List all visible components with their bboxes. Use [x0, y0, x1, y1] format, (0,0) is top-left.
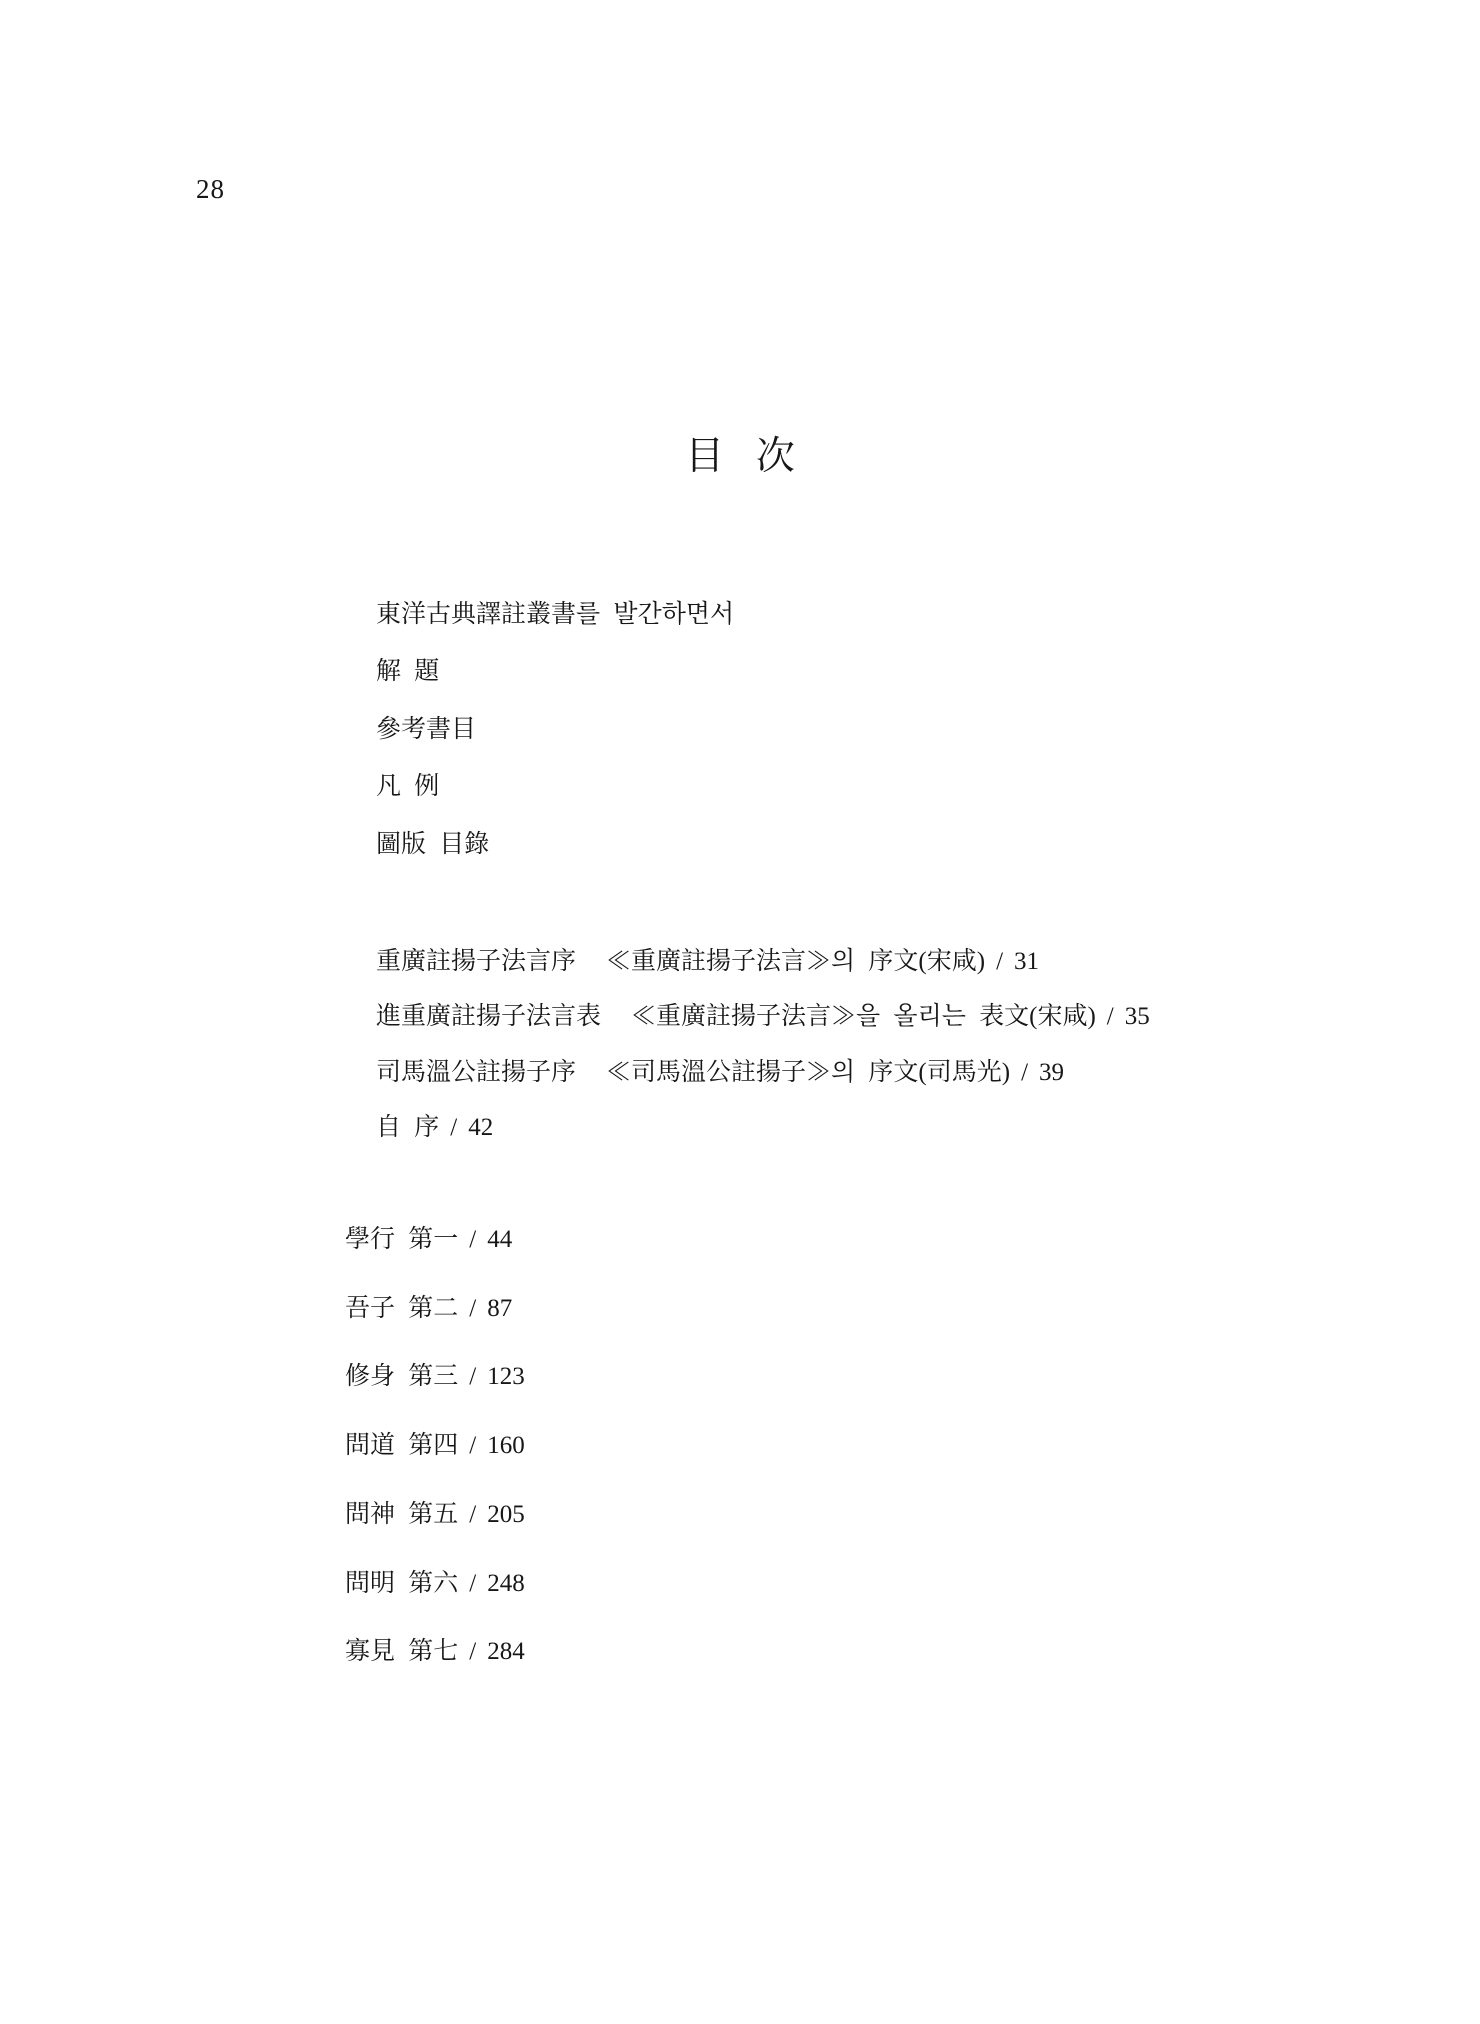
preface-entry: 重廣註揚子法言序≪重廣註揚子法言≫의 序文(宋咸)/31 [376, 934, 1150, 989]
chapter-title: 問道 第四 [345, 1432, 458, 1459]
preface-entry: 司馬溫公註揚子序≪司馬溫公註揚子≫의 序文(司馬光)/39 [376, 1045, 1150, 1100]
chapter-entry: 學行 第一/44 [345, 1206, 525, 1275]
page-separator: / [469, 1295, 476, 1322]
preface-list: 重廣註揚子法言序≪重廣註揚子法言≫의 序文(宋咸)/31 進重廣註揚子法言表≪重… [376, 934, 1150, 1156]
front-matter-item: 東洋古典譯註叢書를 발간하면서 [376, 586, 734, 643]
chapter-title: 修身 第三 [345, 1363, 458, 1390]
chapter-entry: 問明 第六/248 [345, 1550, 525, 1619]
page-separator: / [469, 1638, 476, 1665]
preface-title: 自 序 [376, 1114, 439, 1141]
front-matter-item: 圖版 目錄 [376, 816, 734, 873]
preface-title: 進重廣註揚子法言表 [376, 1003, 601, 1030]
preface-description: ≪重廣註揚子法言≫을 올리는 表文(宋咸) [631, 1003, 1096, 1030]
preface-entry: 自 序/42 [376, 1100, 1150, 1155]
page-separator: / [469, 1432, 476, 1459]
chapter-page-number: 205 [487, 1501, 525, 1528]
chapter-title: 吾子 第二 [345, 1295, 458, 1322]
chapter-entry: 吾子 第二/87 [345, 1275, 525, 1344]
chapter-title: 問神 第五 [345, 1501, 458, 1528]
page-separator: / [996, 948, 1003, 975]
preface-page-number: 42 [468, 1114, 493, 1141]
page-separator: / [450, 1114, 457, 1141]
page-number: 28 [196, 176, 225, 203]
chapter-entry: 問道 第四/160 [345, 1412, 525, 1481]
preface-description: ≪重廣註揚子法言≫의 序文(宋咸) [606, 948, 985, 975]
chapter-page-number: 44 [487, 1226, 512, 1253]
page-separator: / [469, 1363, 476, 1390]
preface-title: 司馬溫公註揚子序 [376, 1059, 576, 1086]
preface-page-number: 39 [1039, 1059, 1064, 1086]
chapter-entry: 寡見 第七/284 [345, 1618, 525, 1687]
chapter-page-number: 160 [487, 1432, 525, 1459]
chapter-page-number: 248 [487, 1570, 525, 1597]
chapter-title: 寡見 第七 [345, 1638, 458, 1665]
page-separator: / [469, 1501, 476, 1528]
chapter-list: 學行 第一/44 吾子 第二/87 修身 第三/123 問道 第四/160 問神… [345, 1206, 525, 1687]
chapter-page-number: 123 [487, 1363, 525, 1390]
preface-title: 重廣註揚子法言序 [376, 948, 576, 975]
preface-description: ≪司馬溫公註揚子≫의 序文(司馬光) [606, 1059, 1010, 1086]
chapter-entry: 問神 第五/205 [345, 1481, 525, 1550]
chapter-title: 學行 第一 [345, 1226, 458, 1253]
chapter-entry: 修身 第三/123 [345, 1343, 525, 1412]
front-matter-item: 凡 例 [376, 758, 734, 815]
preface-page-number: 35 [1125, 1003, 1150, 1030]
front-matter-list: 東洋古典譯註叢書를 발간하면서 解 題 參考書目 凡 例 圖版 目錄 [376, 586, 734, 873]
chapter-page-number: 284 [487, 1638, 525, 1665]
preface-entry: 進重廣註揚子法言表≪重廣註揚子法言≫을 올리는 表文(宋咸)/35 [376, 989, 1150, 1044]
page-separator: / [1107, 1003, 1114, 1030]
document-page: 28 目 次 東洋古典譯註叢書를 발간하면서 解 題 參考書目 凡 例 圖版 目… [0, 0, 1480, 2024]
page-title: 目 次 [0, 434, 1480, 481]
front-matter-item: 解 題 [376, 643, 734, 700]
chapter-page-number: 87 [487, 1295, 512, 1322]
preface-page-number: 31 [1014, 948, 1039, 975]
page-separator: / [469, 1570, 476, 1597]
page-separator: / [1021, 1059, 1028, 1086]
page-separator: / [469, 1226, 476, 1253]
chapter-title: 問明 第六 [345, 1570, 458, 1597]
front-matter-item: 參考書目 [376, 701, 734, 758]
